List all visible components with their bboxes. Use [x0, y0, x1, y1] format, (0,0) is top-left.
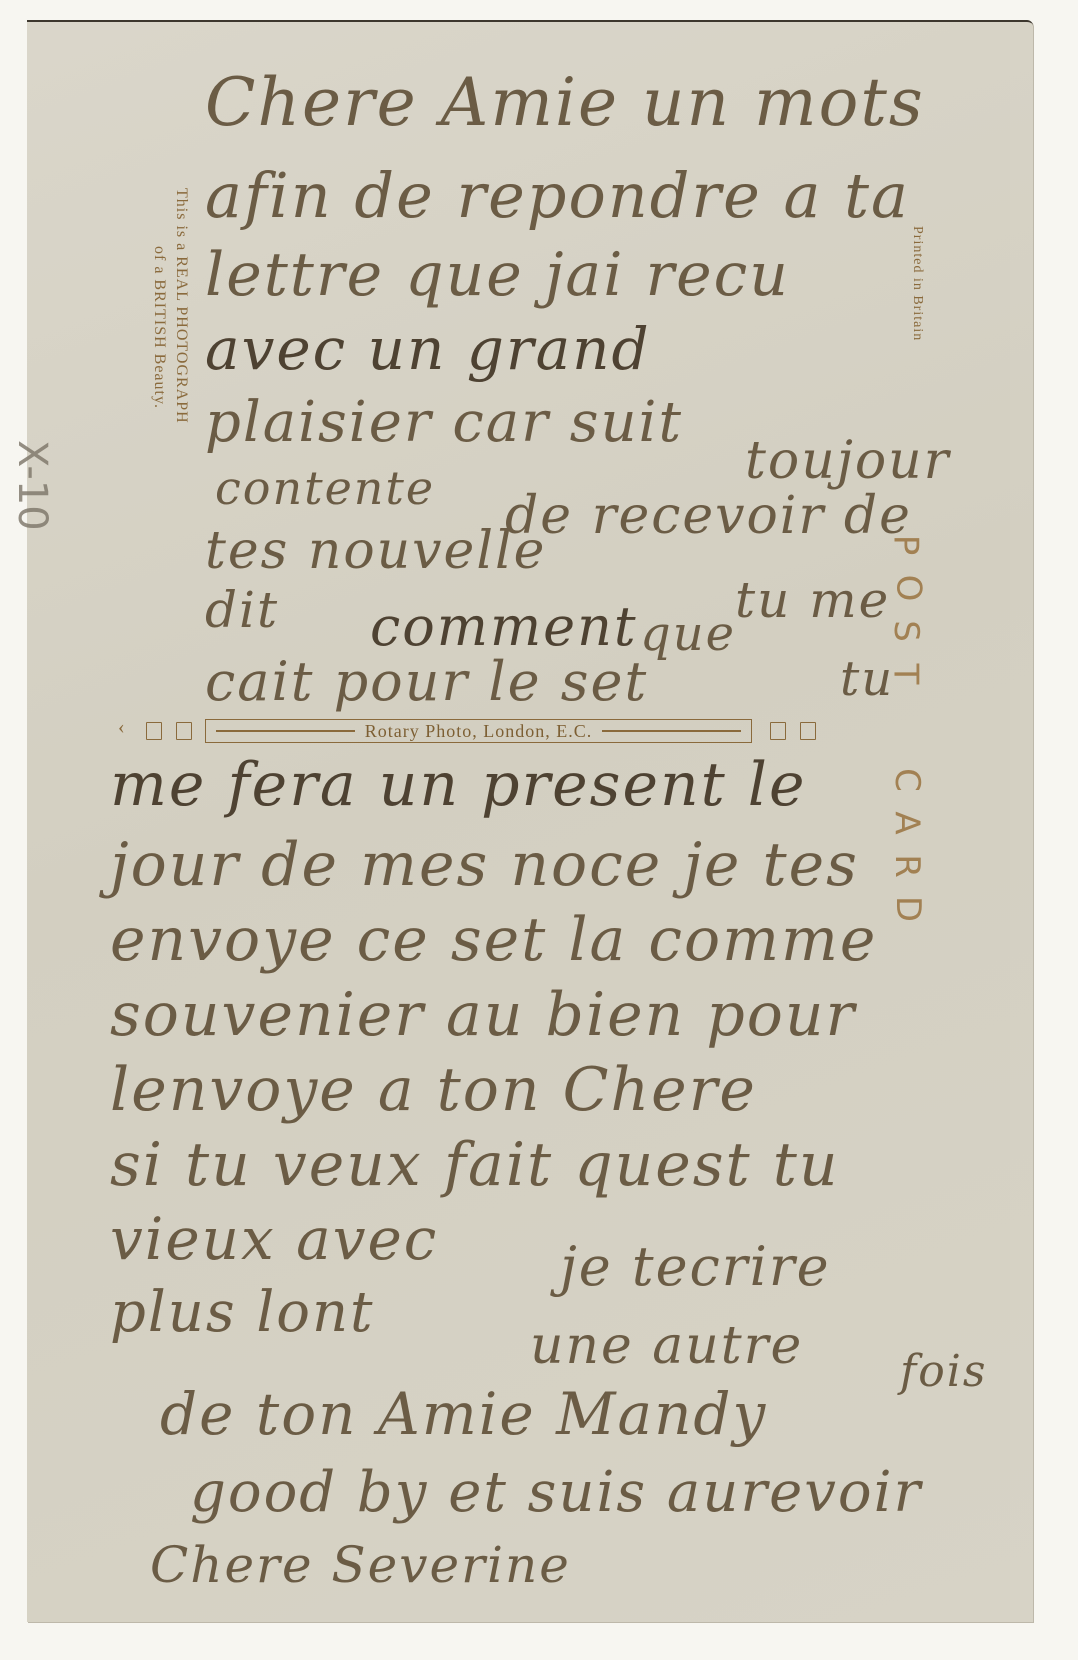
handwritten-line: plus lont	[110, 1285, 375, 1341]
pencil-catalog-mark: X-10	[9, 440, 55, 531]
handwritten-line: de recevoir de	[505, 490, 912, 542]
printed-real-photograph-line: This is a REAL PHOTOGRAPH	[172, 188, 190, 424]
publisher-label: Rotary Photo, London, E.C.	[365, 721, 593, 742]
handwritten-line: tu	[840, 655, 894, 703]
ornament-box-icon	[800, 722, 816, 740]
handwritten-line: souvenier au bien pour	[110, 985, 856, 1045]
post-card-letter: R	[887, 854, 927, 878]
handwritten-line: je tecrire	[560, 1240, 831, 1294]
handwritten-line: avec un grand	[205, 320, 651, 378]
divider-rule	[216, 730, 355, 732]
handwritten-line: si tu veux fait quest tu	[110, 1135, 839, 1195]
handwritten-line: une autre	[530, 1320, 803, 1372]
handwritten-line: contente	[215, 465, 435, 511]
handwritten-line: tu me	[735, 575, 890, 625]
post-card-letter: D	[888, 896, 928, 922]
handwritten-line: Chere Amie un mots	[205, 70, 925, 136]
post-card-letter: A	[887, 811, 927, 834]
divider-rule	[602, 730, 741, 732]
ornament-box-icon	[176, 722, 192, 740]
handwritten-line: toujour	[745, 435, 950, 487]
ornament-box-icon	[146, 722, 162, 740]
handwritten-line: cait pour le set	[205, 655, 648, 709]
handwritten-line: comment	[370, 600, 638, 654]
handwritten-line: que	[640, 610, 736, 658]
handwritten-line: fois	[900, 1350, 987, 1394]
handwritten-line: lenvoye a ton Chere	[110, 1060, 757, 1120]
printed-in-britain-line: Printed in Britain	[909, 226, 925, 341]
post-card-letter: S	[886, 620, 926, 642]
printed-british-beauty-line: of a BRITISH Beauty.	[150, 246, 168, 409]
handwritten-line: me fera un present le	[110, 755, 807, 815]
post-card-letter: C	[887, 768, 927, 792]
handwritten-line: good by et suis aurevoir	[190, 1465, 922, 1521]
handwritten-line: jour de mes noce je tes	[110, 835, 859, 895]
publisher-divider: Rotary Photo, London, E.C.	[205, 719, 752, 743]
post-card-letter: O	[888, 575, 928, 602]
ornament-box-icon	[770, 722, 786, 740]
handwritten-line: vieux avec	[110, 1210, 438, 1268]
chevron-left-ornament-icon: ‹	[118, 716, 125, 739]
handwritten-line: de ton Amie Mandy	[160, 1385, 767, 1443]
handwritten-line: dit	[205, 585, 279, 635]
handwritten-line: tes nouvelle	[205, 525, 546, 577]
handwritten-line: afin de repondre a ta	[205, 165, 910, 227]
handwritten-line: envoye ce set la comme	[110, 910, 877, 970]
handwritten-line: Chere Severine	[150, 1540, 571, 1590]
handwritten-line: lettre que jai recu	[205, 245, 790, 305]
handwritten-line: plaisier car suit	[205, 395, 683, 451]
